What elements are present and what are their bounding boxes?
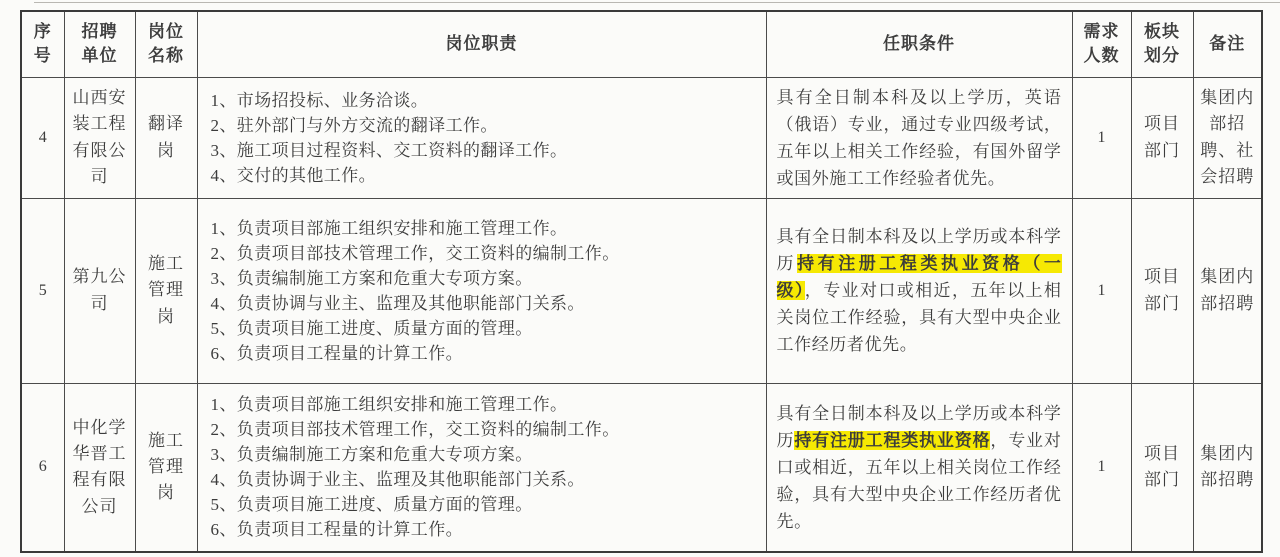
position-cell: 施工管理岗 [135, 198, 197, 383]
requirements-cell: 具有全日制本科及以上学历或本科学历持有注册工程类执业资格，专业对口或相近，五年以… [766, 383, 1072, 552]
duty-item: 4、交付的其他工作。 [211, 163, 758, 188]
column-header-unit: 招聘 单位 [64, 11, 135, 77]
column-header-remarks: 备注 [1193, 11, 1262, 77]
duties-cell: 1、负责项目部施工组织安排和施工管理工作。2、负责项目部技术管理工作，交工资料的… [197, 383, 766, 552]
table-body: 4山西安装工程有限公司翻译岗1、市场招投标、业务洽谈。2、驻外部门与外方交流的翻… [21, 77, 1262, 552]
requirement-highlight: 持有注册工程类执业资格 [794, 431, 990, 450]
duties-cell: 1、负责项目部施工组织安排和施工管理工作。2、负责项目部技术管理工作，交工资料的… [197, 198, 766, 383]
duty-item: 2、驻外部门与外方交流的翻译工作。 [211, 113, 758, 138]
division-cell: 项目部门 [1131, 198, 1193, 383]
remarks-cell: 集团内部招聘、社会招聘 [1193, 77, 1262, 198]
header-row: 序 号招聘 单位岗位 名称岗位职责任职条件需求 人数板块 划分备注 [21, 11, 1262, 77]
seq-cell: 5 [21, 198, 64, 383]
duty-item: 5、负责项目施工进度、质量方面的管理。 [211, 492, 758, 517]
duty-item: 6、负责项目工程量的计算工作。 [211, 517, 758, 542]
column-header-position: 岗位 名称 [135, 11, 197, 77]
seq-cell: 4 [21, 77, 64, 198]
column-header-requirements: 任职条件 [766, 11, 1072, 77]
column-header-division: 板块 划分 [1131, 11, 1193, 77]
seq-cell: 6 [21, 383, 64, 552]
headcount-cell: 1 [1072, 198, 1131, 383]
table-row: 4山西安装工程有限公司翻译岗1、市场招投标、业务洽谈。2、驻外部门与外方交流的翻… [21, 77, 1262, 198]
remarks-cell: 集团内部招聘 [1193, 383, 1262, 552]
position-cell: 翻译岗 [135, 77, 197, 198]
duty-item: 1、负责项目部施工组织安排和施工管理工作。 [211, 392, 758, 417]
duty-item: 2、负责项目部技术管理工作，交工资料的编制工作。 [211, 241, 758, 266]
duty-item: 3、施工项目过程资料、交工资料的翻译工作。 [211, 138, 758, 163]
duty-item: 4、负责协调于业主、监理及其他职能部门关系。 [211, 467, 758, 492]
requirement-text: 具有全日制本科及以上学历，英语（俄语）专业，通过专业四级考试，五年以上相关工作经… [777, 88, 1062, 188]
requirements-cell: 具有全日制本科及以上学历，英语（俄语）专业，通过专业四级考试，五年以上相关工作经… [766, 77, 1072, 198]
duty-item: 1、负责项目部施工组织安排和施工管理工作。 [211, 216, 758, 241]
column-header-headcount: 需求 人数 [1072, 11, 1131, 77]
table-header: 序 号招聘 单位岗位 名称岗位职责任职条件需求 人数板块 划分备注 [21, 11, 1262, 77]
duty-item: 5、负责项目施工进度、质量方面的管理。 [211, 316, 758, 341]
table-row: 6中化学华晋工程有限公司施工管理岗1、负责项目部施工组织安排和施工管理工作。2、… [21, 383, 1262, 552]
unit-cell: 中化学华晋工程有限公司 [64, 383, 135, 552]
duty-item: 3、负责编制施工方案和危重大专项方案。 [211, 442, 758, 467]
page-top-rule [34, 2, 1280, 3]
recruitment-document: 序 号招聘 单位岗位 名称岗位职责任职条件需求 人数板块 划分备注 4山西安装工… [0, 0, 1280, 557]
duty-item: 4、负责协调与业主、监理及其他职能部门关系。 [211, 291, 758, 316]
duty-item: 2、负责项目部技术管理工作，交工资料的编制工作。 [211, 417, 758, 442]
requirements-cell: 具有全日制本科及以上学历或本科学历持有注册工程类执业资格（一级），专业对口或相近… [766, 198, 1072, 383]
unit-cell: 山西安装工程有限公司 [64, 77, 135, 198]
remarks-cell: 集团内部招聘 [1193, 198, 1262, 383]
headcount-cell: 1 [1072, 383, 1131, 552]
division-cell: 项目部门 [1131, 77, 1193, 198]
duty-item: 3、负责编制施工方案和危重大专项方案。 [211, 266, 758, 291]
headcount-cell: 1 [1072, 77, 1131, 198]
recruitment-table: 序 号招聘 单位岗位 名称岗位职责任职条件需求 人数板块 划分备注 4山西安装工… [20, 10, 1263, 553]
duties-cell: 1、市场招投标、业务洽谈。2、驻外部门与外方交流的翻译工作。3、施工项目过程资料… [197, 77, 766, 198]
column-header-duties: 岗位职责 [197, 11, 766, 77]
column-header-seq: 序 号 [21, 11, 64, 77]
unit-cell: 第九公司 [64, 198, 135, 383]
duty-item: 6、负责项目工程量的计算工作。 [211, 341, 758, 366]
position-cell: 施工管理岗 [135, 383, 197, 552]
duty-item: 1、市场招投标、业务洽谈。 [211, 88, 758, 113]
table-row: 5第九公司施工管理岗1、负责项目部施工组织安排和施工管理工作。2、负责项目部技术… [21, 198, 1262, 383]
division-cell: 项目部门 [1131, 383, 1193, 552]
requirement-text: ，专业对口或相近，五年以上相关岗位工作经验，具有大型中央企业工作经历者优先。 [777, 281, 1062, 354]
